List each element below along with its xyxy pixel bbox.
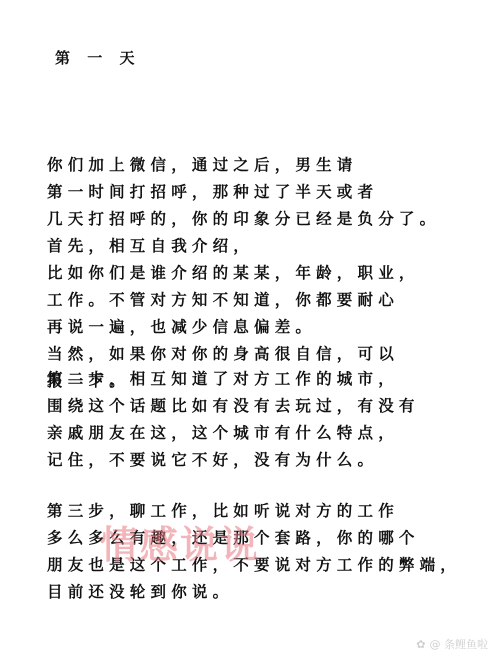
paragraph-step-two: 第二步，相互知道了对方工作的城市， 围绕这个话题比如有没有去玩过，有没有 亲戚朋… (47, 366, 420, 474)
paragraph-day-one: 你们加上微信，通过之后，男生请 第一时间打招呼，那种过了半天或者 几天打招呼的，… (47, 152, 440, 395)
text-line: 朋友也是这个工作，不要说对方工作的弊端， (47, 552, 461, 579)
text-line: 比如你们是谁介绍的某某，年龄，职业， (47, 260, 440, 287)
page-title: 第 一 天 (55, 47, 140, 68)
text-line: 记住，不要说它不好，没有为什么。 (47, 447, 420, 474)
text-line: 围绕这个话题比如有没有去玩过，有没有 (47, 393, 420, 420)
paragraph-step-three: 第三步，聊工作，比如听说对方的工作 多么多么有趣，还是那个套路，你的哪个 朋友也… (47, 498, 461, 606)
text-line: 多么多么有趣，还是那个套路，你的哪个 (47, 525, 461, 552)
text-line: 亲戚朋友在这，这个城市有什么特点， (47, 420, 420, 447)
text-line: 第一时间打招呼，那种过了半天或者 (47, 179, 440, 206)
text-line: 第二步，相互知道了对方工作的城市， (47, 366, 420, 393)
platform-logo-icon: ✿ (416, 638, 425, 651)
text-line: 当然，如果你对你的身高很自信，可以 (47, 341, 440, 368)
text-line: 首先，相互自我介绍， (47, 233, 440, 260)
text-line: 再说一遍，也减少信息偏差。 (47, 314, 440, 341)
corner-watermark: ✿ @ 条鲤鱼啦 (416, 636, 488, 652)
text-line: 工作。不管对方知不知道，你都要耐心 (47, 287, 440, 314)
corner-watermark-text: @ 条鲤鱼啦 (430, 636, 489, 652)
text-line: 几天打招呼的，你的印象分已经是负分了。 (47, 206, 440, 233)
text-line: 目前还没轮到你说。 (47, 579, 461, 606)
text-line: 你们加上微信，通过之后，男生请 (47, 152, 440, 179)
text-line: 第三步，聊工作，比如听说对方的工作 (47, 498, 461, 525)
